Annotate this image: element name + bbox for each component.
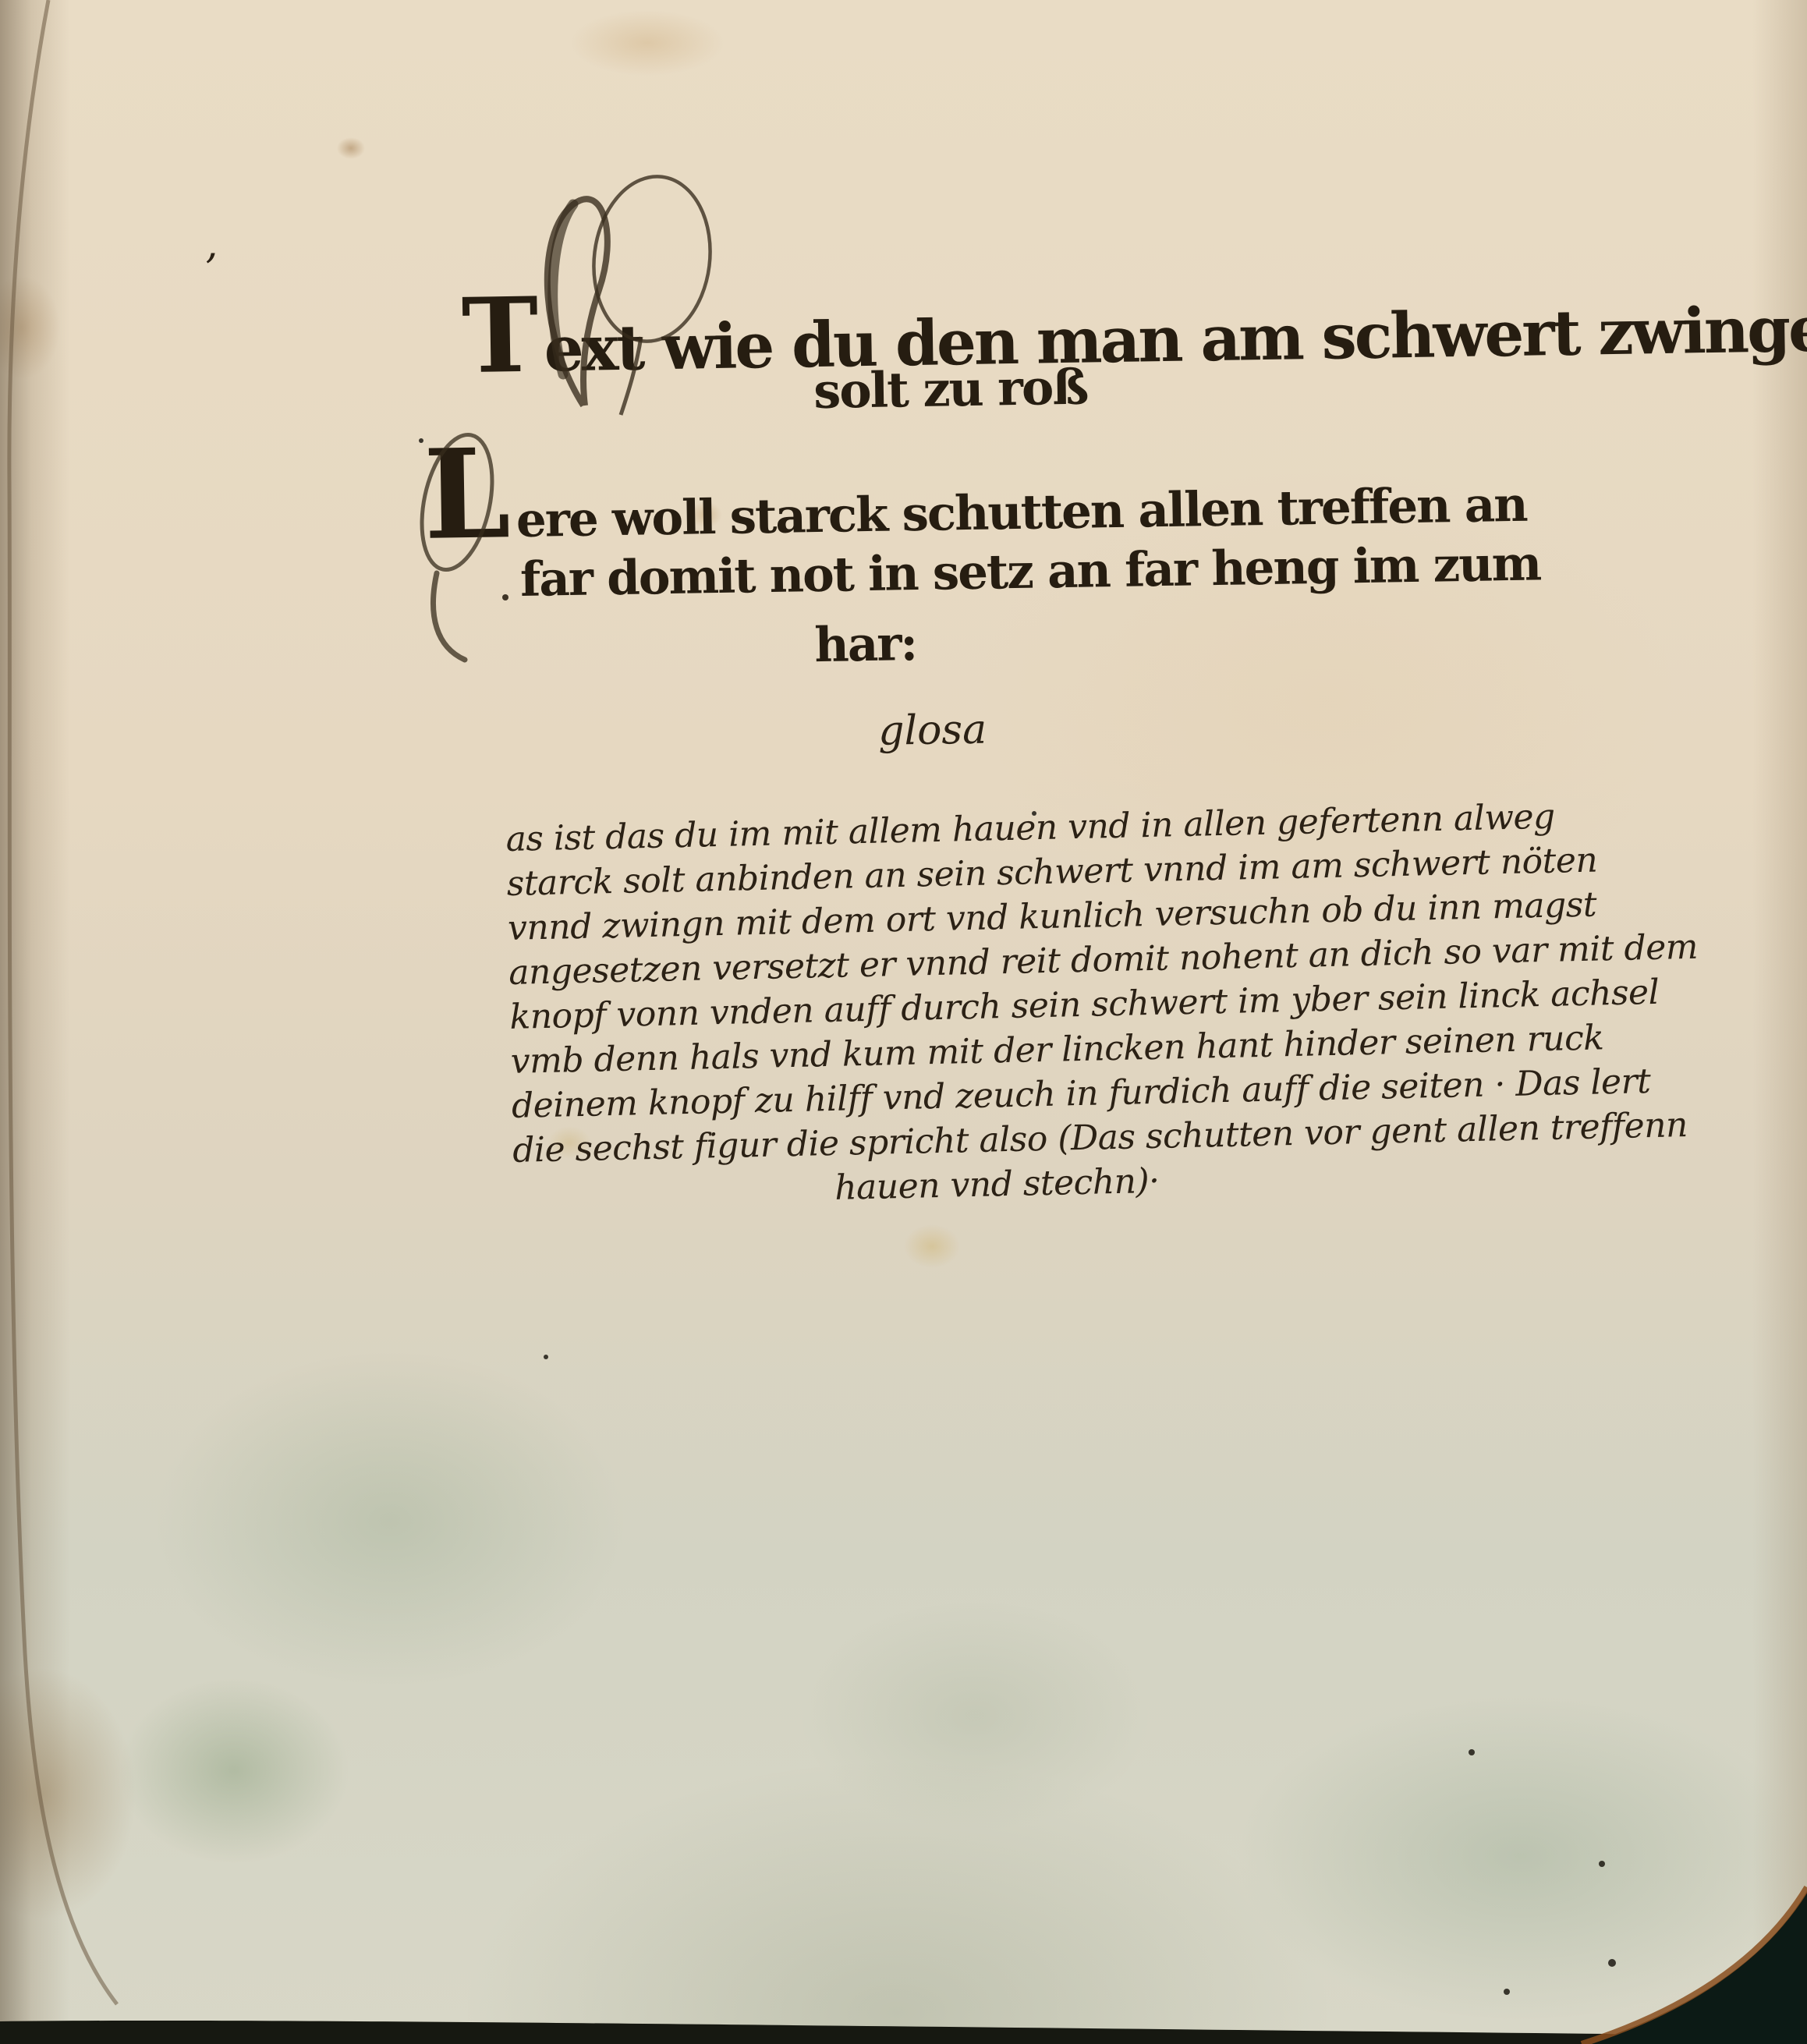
title-initial-flourish xyxy=(547,170,720,415)
verse-initial-flourish xyxy=(411,428,504,660)
pen-dot xyxy=(502,594,508,600)
spine-fold-line xyxy=(9,0,117,2004)
bottom-book-edge xyxy=(0,2021,1807,2044)
ink-specks xyxy=(419,438,1616,1995)
decorative-overlay xyxy=(0,0,1807,2044)
manuscript-page: ’ T ext wie du den man am schwert zwinge… xyxy=(0,0,1807,2044)
dark-corner xyxy=(1587,1891,1807,2044)
